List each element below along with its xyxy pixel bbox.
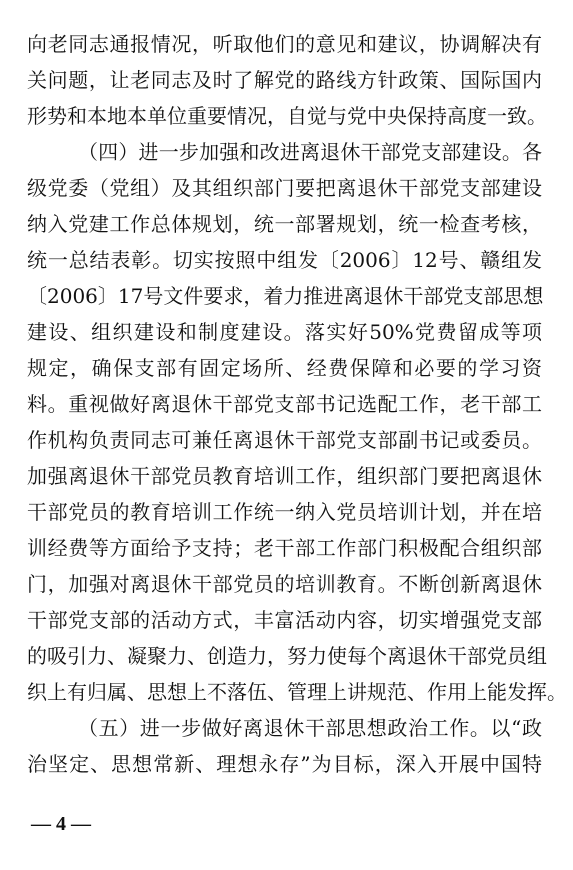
text-line-6: 纳入党建工作总体规划，统一部署规划，统一检查考核， [27,206,542,242]
text-line-18: 的吸引力、凝聚力、创造力，努力使每个离退休干部党员组 [27,638,542,674]
text-line-7: 统一总结表彰。切实按照中组发〔2006〕12号、赣组发 [27,242,542,278]
text-line-8: 〔2006〕17号文件要求，着力推进离退休干部党支部思想 [27,278,542,314]
text-line-5: 级党委（党组）及其组织部门要把离退休干部党支部建设 [27,170,542,206]
text-line-9: 建设、组织建设和制度建设。落实好50%党费留成等项 [27,314,542,350]
text-line-10: 规定，确保支部有固定场所、经费保障和必要的学习资 [27,350,542,386]
text-line-15: 训经费等方面给予支持；老干部工作部门积极配合组织部 [27,530,542,566]
text-line-13: 加强离退休干部党员教育培训工作，组织部门要把离退休 [27,458,542,494]
text-line-17: 干部党支部的活动方式，丰富活动内容，切实增强党支部 [27,602,542,638]
text-line-1: 向老同志通报情况，听取他们的意见和建议，协调解决有 [27,26,542,62]
text-line-2: 关问题，让老同志及时了解党的路线方针政策、国际国内 [27,62,542,98]
section-heading-4: （四）进一步加强和改进离退休干部党支部建设。各 [27,134,542,170]
page-number: — 4 — [31,810,91,838]
text-line-21: 治坚定、思想常新、理想永存”为目标，深入开展中国特 [27,746,542,782]
section-heading-5: （五）进一步做好离退休干部思想政治工作。以“政 [27,710,542,746]
text-line-11: 料。重视做好离退休干部党支部书记选配工作，老干部工 [27,386,542,422]
text-line-19: 织上有归属、思想上不落伍、管理上讲规范、作用上能发挥。 [27,674,542,710]
text-line-14: 干部党员的教育培训工作统一纳入党员培训计划，并在培 [27,494,542,530]
text-line-12: 作机构负责同志可兼任离退休干部党支部副书记或委员。 [27,422,542,458]
text-line-16: 门，加强对离退休干部党员的培训教育。不断创新离退休 [27,566,542,602]
document-page: 向老同志通报情况，听取他们的意见和建议，协调解决有 关问题，让老同志及时了解党的… [0,0,573,870]
text-line-3: 形势和本地本单位重要情况，自觉与党中央保持高度一致。 [27,98,542,134]
